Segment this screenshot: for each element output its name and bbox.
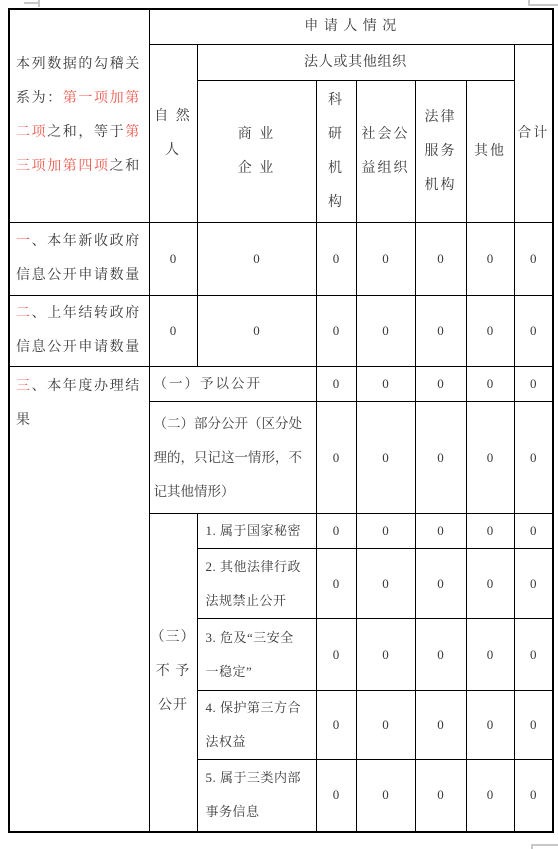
value-cell: 0: [197, 223, 316, 296]
value-cell: 0: [316, 514, 356, 549]
screen-artifact-mark: [38, 0, 40, 7]
value-cell: 0: [466, 223, 514, 296]
value-cell: 0: [316, 402, 356, 514]
sub-label-partial: （二）部分公开（区分处 理的，只记这一情形，不 记其他情形）: [149, 402, 316, 514]
value-cell: 0: [415, 367, 466, 402]
item-label-internal-affairs: 5. 属于三类内部 事务信息: [197, 760, 316, 832]
value-cell: 0: [466, 514, 514, 549]
header-legal-person-group: 法人或其他组织: [197, 45, 514, 81]
value-cell: 0: [356, 367, 415, 402]
row-label-text: 、本年新收政府 信息公开申请数量: [16, 234, 141, 283]
col-header-legal-service-org: 法律 服务 机构: [415, 81, 466, 223]
value-cell: 0: [415, 760, 466, 832]
value-cell: 0: [466, 760, 514, 832]
sub-label-granted: （一）予以公开: [149, 367, 316, 402]
value-cell: 0: [466, 549, 514, 619]
sub-label-refused-group: （三） 不 予 公开: [149, 514, 197, 832]
value-cell: 0: [415, 514, 466, 549]
value-cell: 0: [466, 296, 514, 367]
value-cell: 0: [149, 296, 197, 367]
value-cell: 0: [514, 367, 553, 402]
screen-artifact-mark: [531, 844, 533, 849]
value-cell: 0: [415, 619, 466, 691]
value-cell: 0: [197, 296, 316, 367]
value-cell: 0: [415, 296, 466, 367]
value-cell: 0: [514, 760, 553, 832]
value-cell: 0: [356, 402, 415, 514]
row-number-red: 三: [16, 379, 32, 394]
note-segment: 之和: [110, 159, 141, 174]
value-cell: 0: [316, 760, 356, 832]
col-header-natural-person: 自 然 人: [149, 45, 197, 223]
value-cell: 0: [514, 549, 553, 619]
item-label-law-forbidden: 2. 其他法律行政 法规禁止公开: [197, 549, 316, 619]
row-number-red: 二: [16, 306, 32, 321]
row-label-carried-over: 二、上年结转政府 信息公开申请数量: [9, 296, 149, 367]
value-cell: 0: [316, 223, 356, 296]
value-cell: 0: [514, 691, 553, 760]
col-header-commercial-enterprise: 商 业 企 业: [197, 81, 316, 223]
screen-artifact-mark: [531, 844, 558, 846]
value-cell: 0: [356, 223, 415, 296]
value-cell: 0: [415, 223, 466, 296]
value-cell: 0: [316, 691, 356, 760]
value-cell: 0: [514, 514, 553, 549]
table-row: 一、本年新收政府 信息公开申请数量 0 0 0 0 0 0 0: [9, 223, 553, 296]
value-cell: 0: [356, 691, 415, 760]
reconciliation-note-cell: 本列数据的勾稽关 系为：第一项加第 二项之和，等于第 三项加第四项之和: [9, 9, 149, 223]
value-cell: 0: [466, 367, 514, 402]
row-label-text: 、上年结转政府 信息公开申请数量: [16, 306, 141, 355]
row-label-text: 、本年度办理结 果: [16, 379, 141, 428]
col-header-public-welfare-org: 社会公 益组织: [356, 81, 415, 223]
table-row: 三、本年度办理结 果 （一）予以公开 0 0 0 0 0: [9, 367, 553, 402]
value-cell: 0: [466, 619, 514, 691]
col-header-total: 合计: [514, 45, 553, 223]
value-cell: 0: [514, 619, 553, 691]
value-cell: 0: [356, 549, 415, 619]
table-row: 二、上年结转政府 信息公开申请数量 0 0 0 0 0 0 0: [9, 296, 553, 367]
value-cell: 0: [316, 549, 356, 619]
value-cell: 0: [415, 691, 466, 760]
value-cell: 0: [356, 619, 415, 691]
item-label-endanger-safety: 3. 危及“三安全 一稳定”: [197, 619, 316, 691]
report-page: { "colors": { "red": "#ef574a", "text": …: [0, 0, 558, 849]
value-cell: 0: [316, 367, 356, 402]
row-label-results: 三、本年度办理结 果: [9, 367, 149, 832]
col-header-other: 其他: [466, 81, 514, 223]
screen-artifact-mark: [24, 2, 39, 4]
value-cell: 0: [356, 296, 415, 367]
value-cell: 0: [356, 760, 415, 832]
value-cell: 0: [415, 549, 466, 619]
row-label-new-requests: 一、本年新收政府 信息公开申请数量: [9, 223, 149, 296]
value-cell: 0: [316, 296, 356, 367]
note-segment: 之和，等于: [47, 125, 125, 140]
header-applicant-situation: 申 请 人 情 况: [149, 9, 553, 45]
value-cell: 0: [415, 402, 466, 514]
item-label-state-secret: 1. 属于国家秘密: [197, 514, 316, 549]
value-cell: 0: [514, 402, 553, 514]
value-cell: 0: [356, 514, 415, 549]
value-cell: 0: [514, 223, 553, 296]
row-number-red: 一: [16, 234, 32, 249]
screen-artifact-mark: [528, 4, 558, 6]
value-cell: 0: [316, 619, 356, 691]
item-label-third-party-rights: 4. 保护第三方合 法权益: [197, 691, 316, 760]
annual-report-table: 本列数据的勾稽关 系为：第一项加第 二项之和，等于第 三项加第四项之和 申 请 …: [8, 8, 554, 833]
col-header-research-institution: 科 研 机 构: [316, 81, 356, 223]
value-cell: 0: [466, 402, 514, 514]
value-cell: 0: [466, 691, 514, 760]
value-cell: 0: [149, 223, 197, 296]
value-cell: 0: [514, 296, 553, 367]
